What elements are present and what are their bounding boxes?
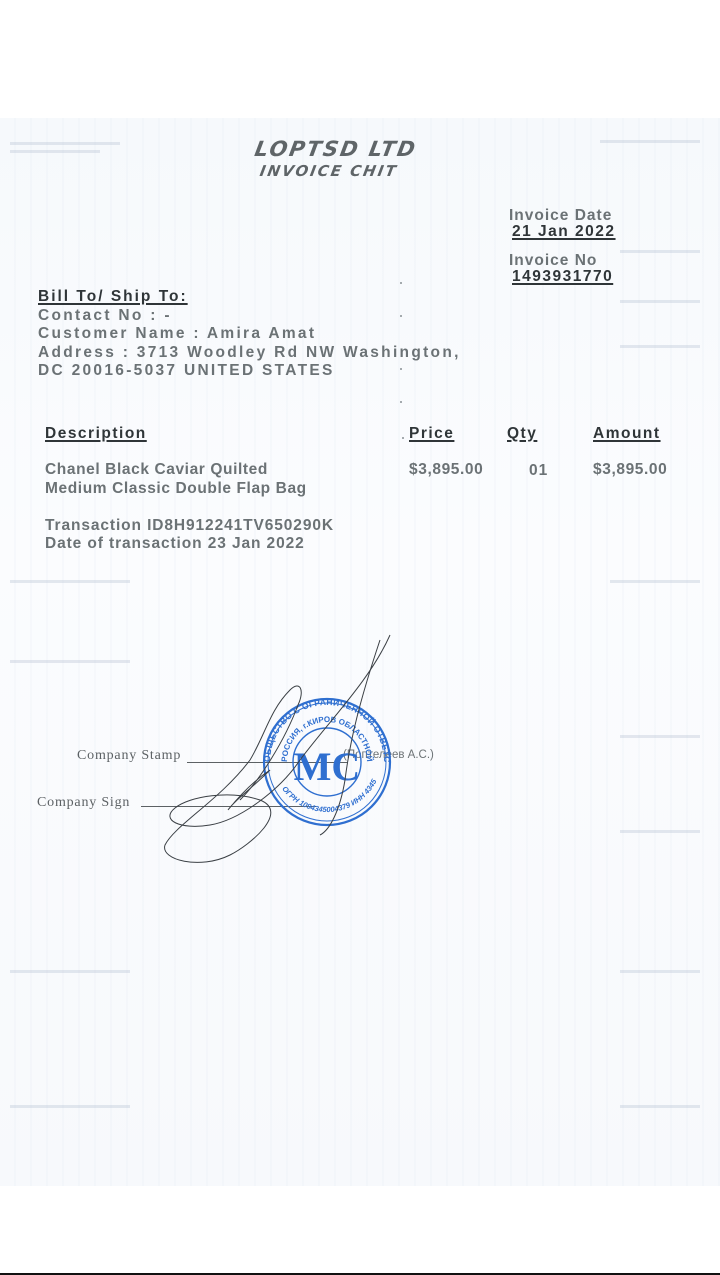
svg-text:ОБЩЕСТВО С ОГРАНИЧЕННОЙ ОТВЕТС: ОБЩЕСТВО С ОГРАНИЧЕННОЙ ОТВЕТСТВЕННОСТЬЮ [0,0,392,763]
company-stamp: ОБЩЕСТВО С ОГРАНИЧЕННОЙ ОТВЕТСТВЕННОСТЬЮ… [0,0,720,1275]
svg-text:МС: МС [294,744,361,789]
svg-text:ОГРН 1094345004379 ИНН 4345253: ОГРН 1094345004379 ИНН 4345253049 • Моби… [0,0,379,814]
